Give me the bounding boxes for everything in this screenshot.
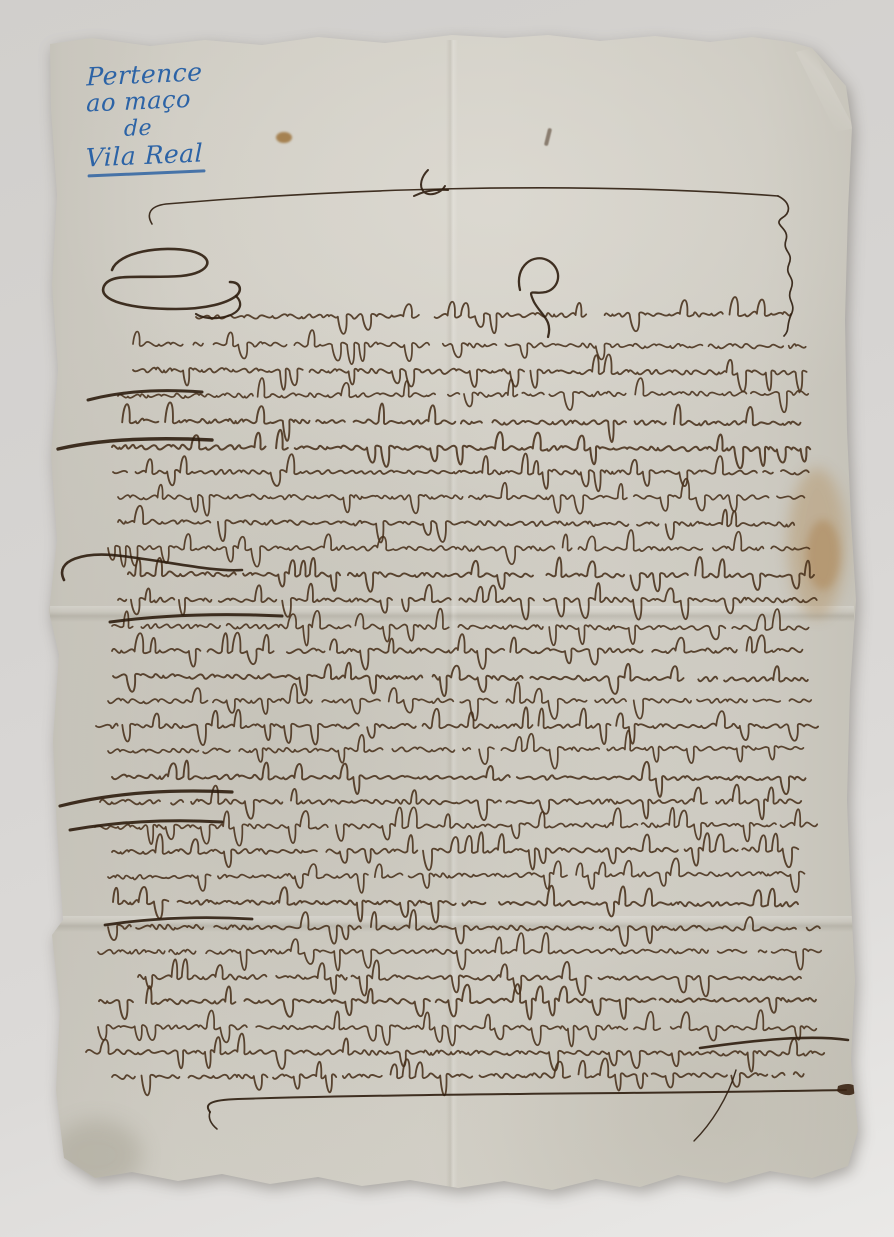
paper-shadow-wrap: Pertence ao maço de Vila Real [0, 0, 894, 1237]
archival-annotation: Pertence ao maço de Vila Real [86, 56, 247, 177]
folded-corner [796, 40, 854, 132]
manuscript-paper: Pertence ao maço de Vila Real [0, 0, 894, 1237]
annotation-line-4: Vila Real [86, 138, 246, 172]
edge-stain-core [806, 520, 840, 590]
vertical-fold-crease [446, 40, 458, 1187]
photograph-background: Pertence ao maço de Vila Real [0, 0, 894, 1237]
corner-shading [52, 1120, 142, 1190]
foxing-spot [276, 132, 292, 143]
small-ink-tick [544, 128, 552, 146]
